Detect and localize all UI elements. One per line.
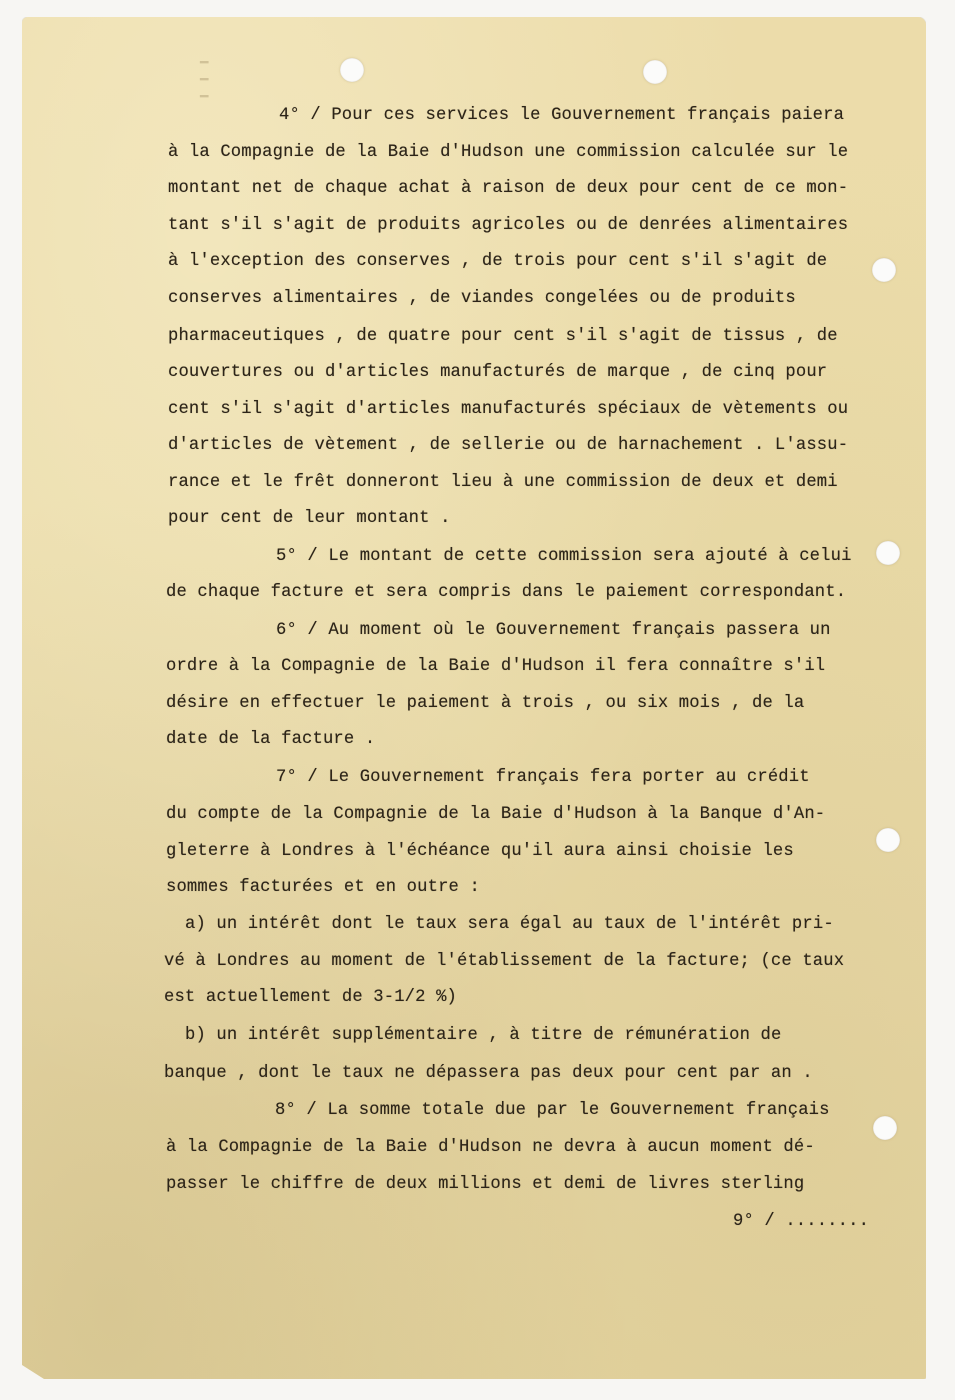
paragraph-5-line-2: de chaque facture et sera compris dans l… <box>166 583 846 603</box>
paragraph-7-item-b-line-2: banque , dont le taux ne dépassera pas d… <box>164 1064 813 1084</box>
paragraph-8-line-3: passer le chiffre de deux millions et de… <box>166 1175 804 1195</box>
paragraph-7-item-a-line-1: a) un intérêt dont le taux sera égal au … <box>185 915 834 935</box>
continuation-marker: 9° / ........ <box>733 1212 869 1232</box>
paragraph-4-line-8: couvertures ou d'articles manufacturés d… <box>168 363 827 383</box>
paragraph-6-line-1: 6° / Au moment où le Gouvernement frança… <box>276 621 831 641</box>
paragraph-8-line-1: 8° / La somme totale due par le Gouverne… <box>275 1101 830 1121</box>
paragraph-7-line-2: du compte de la Compagnie de la Baie d'H… <box>166 805 825 825</box>
paragraph-4-line-1: 4° / Pour ces services le Gouvernement f… <box>279 106 844 126</box>
paragraph-4-line-4: tant s'il s'agit de produits agricoles o… <box>168 216 848 236</box>
paragraph-6-line-3: désire en effectuer le paiement à trois … <box>166 694 804 714</box>
paragraph-4-line-10: d'articles de vètement , de sellerie ou … <box>168 436 848 456</box>
paragraph-4-line-12: pour cent de leur montant . <box>168 509 451 529</box>
paragraph-4-line-6: conserves alimentaires , de viandes cong… <box>168 289 796 309</box>
paragraph-7-item-b-line-1: b) un intérêt supplémentaire , à titre d… <box>185 1026 781 1046</box>
paragraph-7-line-3: gleterre à Londres à l'échéance qu'il au… <box>166 842 794 862</box>
paragraph-4-line-2: à la Compagnie de la Baie d'Hudson une c… <box>168 143 848 163</box>
paragraph-4-line-3: montant net de chaque achat à raison de … <box>168 179 848 199</box>
paragraph-7-line-1: 7° / Le Gouvernement français fera porte… <box>276 768 810 788</box>
paragraph-4-line-9: cent s'il s'agit d'articles manufacturés… <box>168 400 848 420</box>
paragraph-4-line-5: à l'exception des conserves , de trois p… <box>168 252 827 272</box>
paragraph-8-line-2: à la Compagnie de la Baie d'Hudson ne de… <box>166 1138 815 1158</box>
paragraph-7-item-a-line-3: est actuellement de 3-1/2 %) <box>164 988 457 1008</box>
paragraph-5-line-1: 5° / Le montant de cette commission sera… <box>276 547 852 567</box>
paragraph-7-item-a-line-2: vé à Londres au moment de l'établissemen… <box>164 952 844 972</box>
paragraph-7-line-4: sommes facturées et en outre : <box>166 878 480 898</box>
paragraph-6-line-4: date de la facture . <box>166 730 375 750</box>
paragraph-6-line-2: ordre à la Compagnie de la Baie d'Hudson… <box>166 657 825 677</box>
paragraph-4-line-11: rance et le frêt donneront lieu à une co… <box>168 473 838 493</box>
paragraph-4-line-7: pharmaceutiques , de quatre pour cent s'… <box>168 327 838 347</box>
document-body: 4° / Pour ces services le Gouvernement f… <box>0 0 955 1400</box>
